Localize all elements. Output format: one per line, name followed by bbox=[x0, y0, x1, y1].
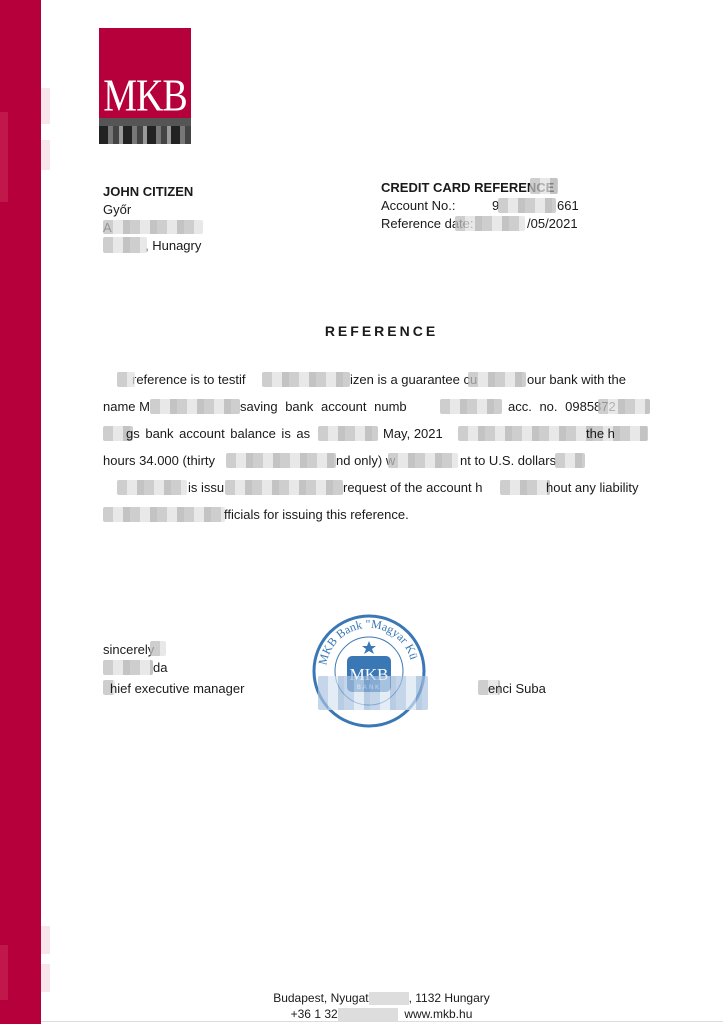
redaction bbox=[225, 480, 343, 495]
logo-checker-strip bbox=[99, 118, 191, 144]
signature-name-right: enci Suba bbox=[488, 680, 546, 697]
sidebar-shadow bbox=[41, 140, 50, 170]
body-line-2a: name M bbox=[103, 398, 150, 415]
footer-address-line: Budapest, Nyugat, 1132 Hungary bbox=[0, 991, 723, 1005]
body-line-5b: is issu bbox=[188, 479, 224, 496]
body-line-3b: May, 2021 bbox=[383, 425, 443, 442]
redaction bbox=[318, 426, 378, 441]
mkb-logo: MKB bbox=[99, 28, 191, 146]
body-line-4c: nt to U.S. dollars bbox=[460, 452, 556, 469]
footer-address-suffix: , 1132 Hungary bbox=[409, 991, 490, 1005]
body-line-4b: nd only) w bbox=[336, 452, 395, 469]
redaction bbox=[500, 480, 550, 495]
redaction bbox=[262, 372, 350, 387]
page-bottom-edge bbox=[41, 1021, 723, 1022]
account-label: Account No.: bbox=[381, 197, 455, 214]
date-value-suffix: /05/2021 bbox=[527, 215, 578, 232]
redaction bbox=[530, 178, 558, 194]
body-line-5c: request of the account h bbox=[343, 479, 482, 496]
body-line-6b: fficials for issuing this reference. bbox=[224, 506, 409, 523]
redaction bbox=[598, 399, 650, 414]
brand-sidebar bbox=[0, 0, 41, 1024]
redaction bbox=[103, 237, 147, 253]
body-line-1c: our bank with the bbox=[527, 371, 626, 388]
body-line-1b: izen is a guarantee cu bbox=[350, 371, 477, 388]
redaction bbox=[440, 399, 502, 414]
redaction bbox=[388, 453, 458, 468]
redaction bbox=[498, 198, 556, 213]
signature-name-left: da bbox=[153, 659, 167, 676]
redaction bbox=[103, 507, 225, 522]
redaction bbox=[226, 453, 336, 468]
signature-closing: sincerely bbox=[103, 641, 154, 658]
redaction bbox=[103, 660, 153, 675]
footer-contact-line: +36 1 32 www.mkb.hu bbox=[0, 1007, 723, 1021]
body-line-3c: the h bbox=[586, 425, 615, 442]
body-line-2b: saving bank account numb bbox=[240, 398, 407, 415]
bank-stamp: MKB Bank "Magyar Kü MKB BANK bbox=[312, 614, 426, 728]
redaction bbox=[150, 399, 240, 414]
body-line-3a: gs bank account balance is as bbox=[126, 425, 310, 442]
body-line-1a: reference is to testif bbox=[132, 371, 245, 388]
redaction bbox=[369, 992, 409, 1005]
body-line-5d: hout any liability bbox=[546, 479, 639, 496]
footer-phone: +36 1 32 bbox=[291, 1007, 338, 1021]
sidebar-shadow bbox=[41, 964, 50, 992]
recipient-name: JOHN CITIZEN bbox=[103, 183, 193, 200]
sidebar-shadow bbox=[41, 926, 50, 954]
reference-heading: CREDIT CARD REFERENCE bbox=[381, 179, 554, 196]
account-value-suffix: 661 bbox=[557, 197, 579, 214]
footer-website[interactable]: www.mkb.hu bbox=[404, 1007, 472, 1021]
recipient-city: Győr bbox=[103, 201, 131, 218]
redaction bbox=[455, 216, 525, 231]
sidebar-fold bbox=[0, 112, 8, 202]
redaction bbox=[338, 1008, 398, 1021]
signature-title-left: hief executive manager bbox=[110, 680, 244, 697]
logo-wordmark: MKB bbox=[99, 70, 191, 123]
redaction bbox=[555, 453, 585, 468]
redaction bbox=[150, 641, 166, 656]
recipient-country: , Hunagry bbox=[145, 237, 201, 254]
redaction bbox=[103, 220, 203, 234]
redaction bbox=[117, 372, 135, 387]
redaction bbox=[458, 426, 648, 441]
redaction bbox=[117, 480, 187, 495]
document-title: REFERENCE bbox=[0, 323, 723, 339]
sidebar-shadow bbox=[41, 88, 50, 124]
body-line-4a: hours 34.000 (thirty bbox=[103, 452, 215, 469]
redaction bbox=[318, 676, 428, 710]
footer-address: Budapest, Nyugat bbox=[273, 991, 368, 1005]
redaction bbox=[468, 372, 526, 387]
